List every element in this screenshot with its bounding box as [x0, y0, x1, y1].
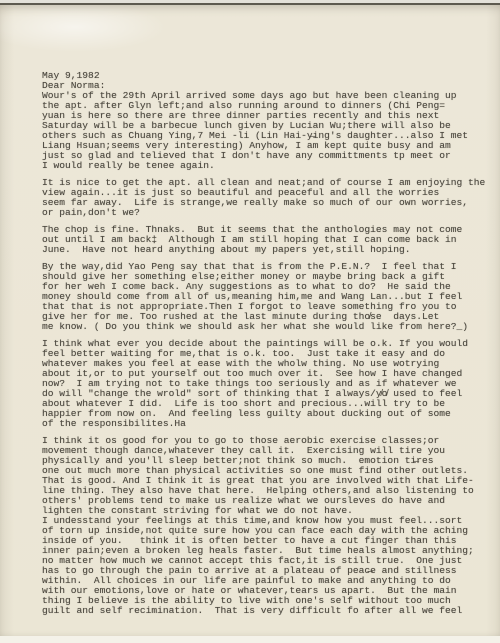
scanned-letter: May 9,1982 Dear Norma: Wour's of the 29t…	[0, 0, 500, 643]
letter-page: May 9,1982 Dear Norma: Wour's of the 29t…	[0, 5, 500, 636]
letter-paragraph-2: It is nice to get the apt. all clean and…	[42, 178, 498, 218]
scan-bottom-edge	[0, 636, 500, 643]
letter-paragraph-4: By the way,did Yao Peng say that that is…	[42, 262, 498, 332]
letter-date: May 9,1982	[42, 71, 498, 81]
letter-body: May 9,1982 Dear Norma: Wour's of the 29t…	[42, 71, 498, 623]
letter-paragraph-5: I think what ever you decide about the p…	[42, 339, 498, 429]
letter-paragraph-6: I think it os good for you to go to thos…	[42, 436, 498, 616]
letter-paragraph-3: The chop is fine. Thnaks. But it seems t…	[42, 225, 498, 255]
letter-paragraph-1: Wour's of the 29th April arrived some da…	[42, 91, 498, 171]
